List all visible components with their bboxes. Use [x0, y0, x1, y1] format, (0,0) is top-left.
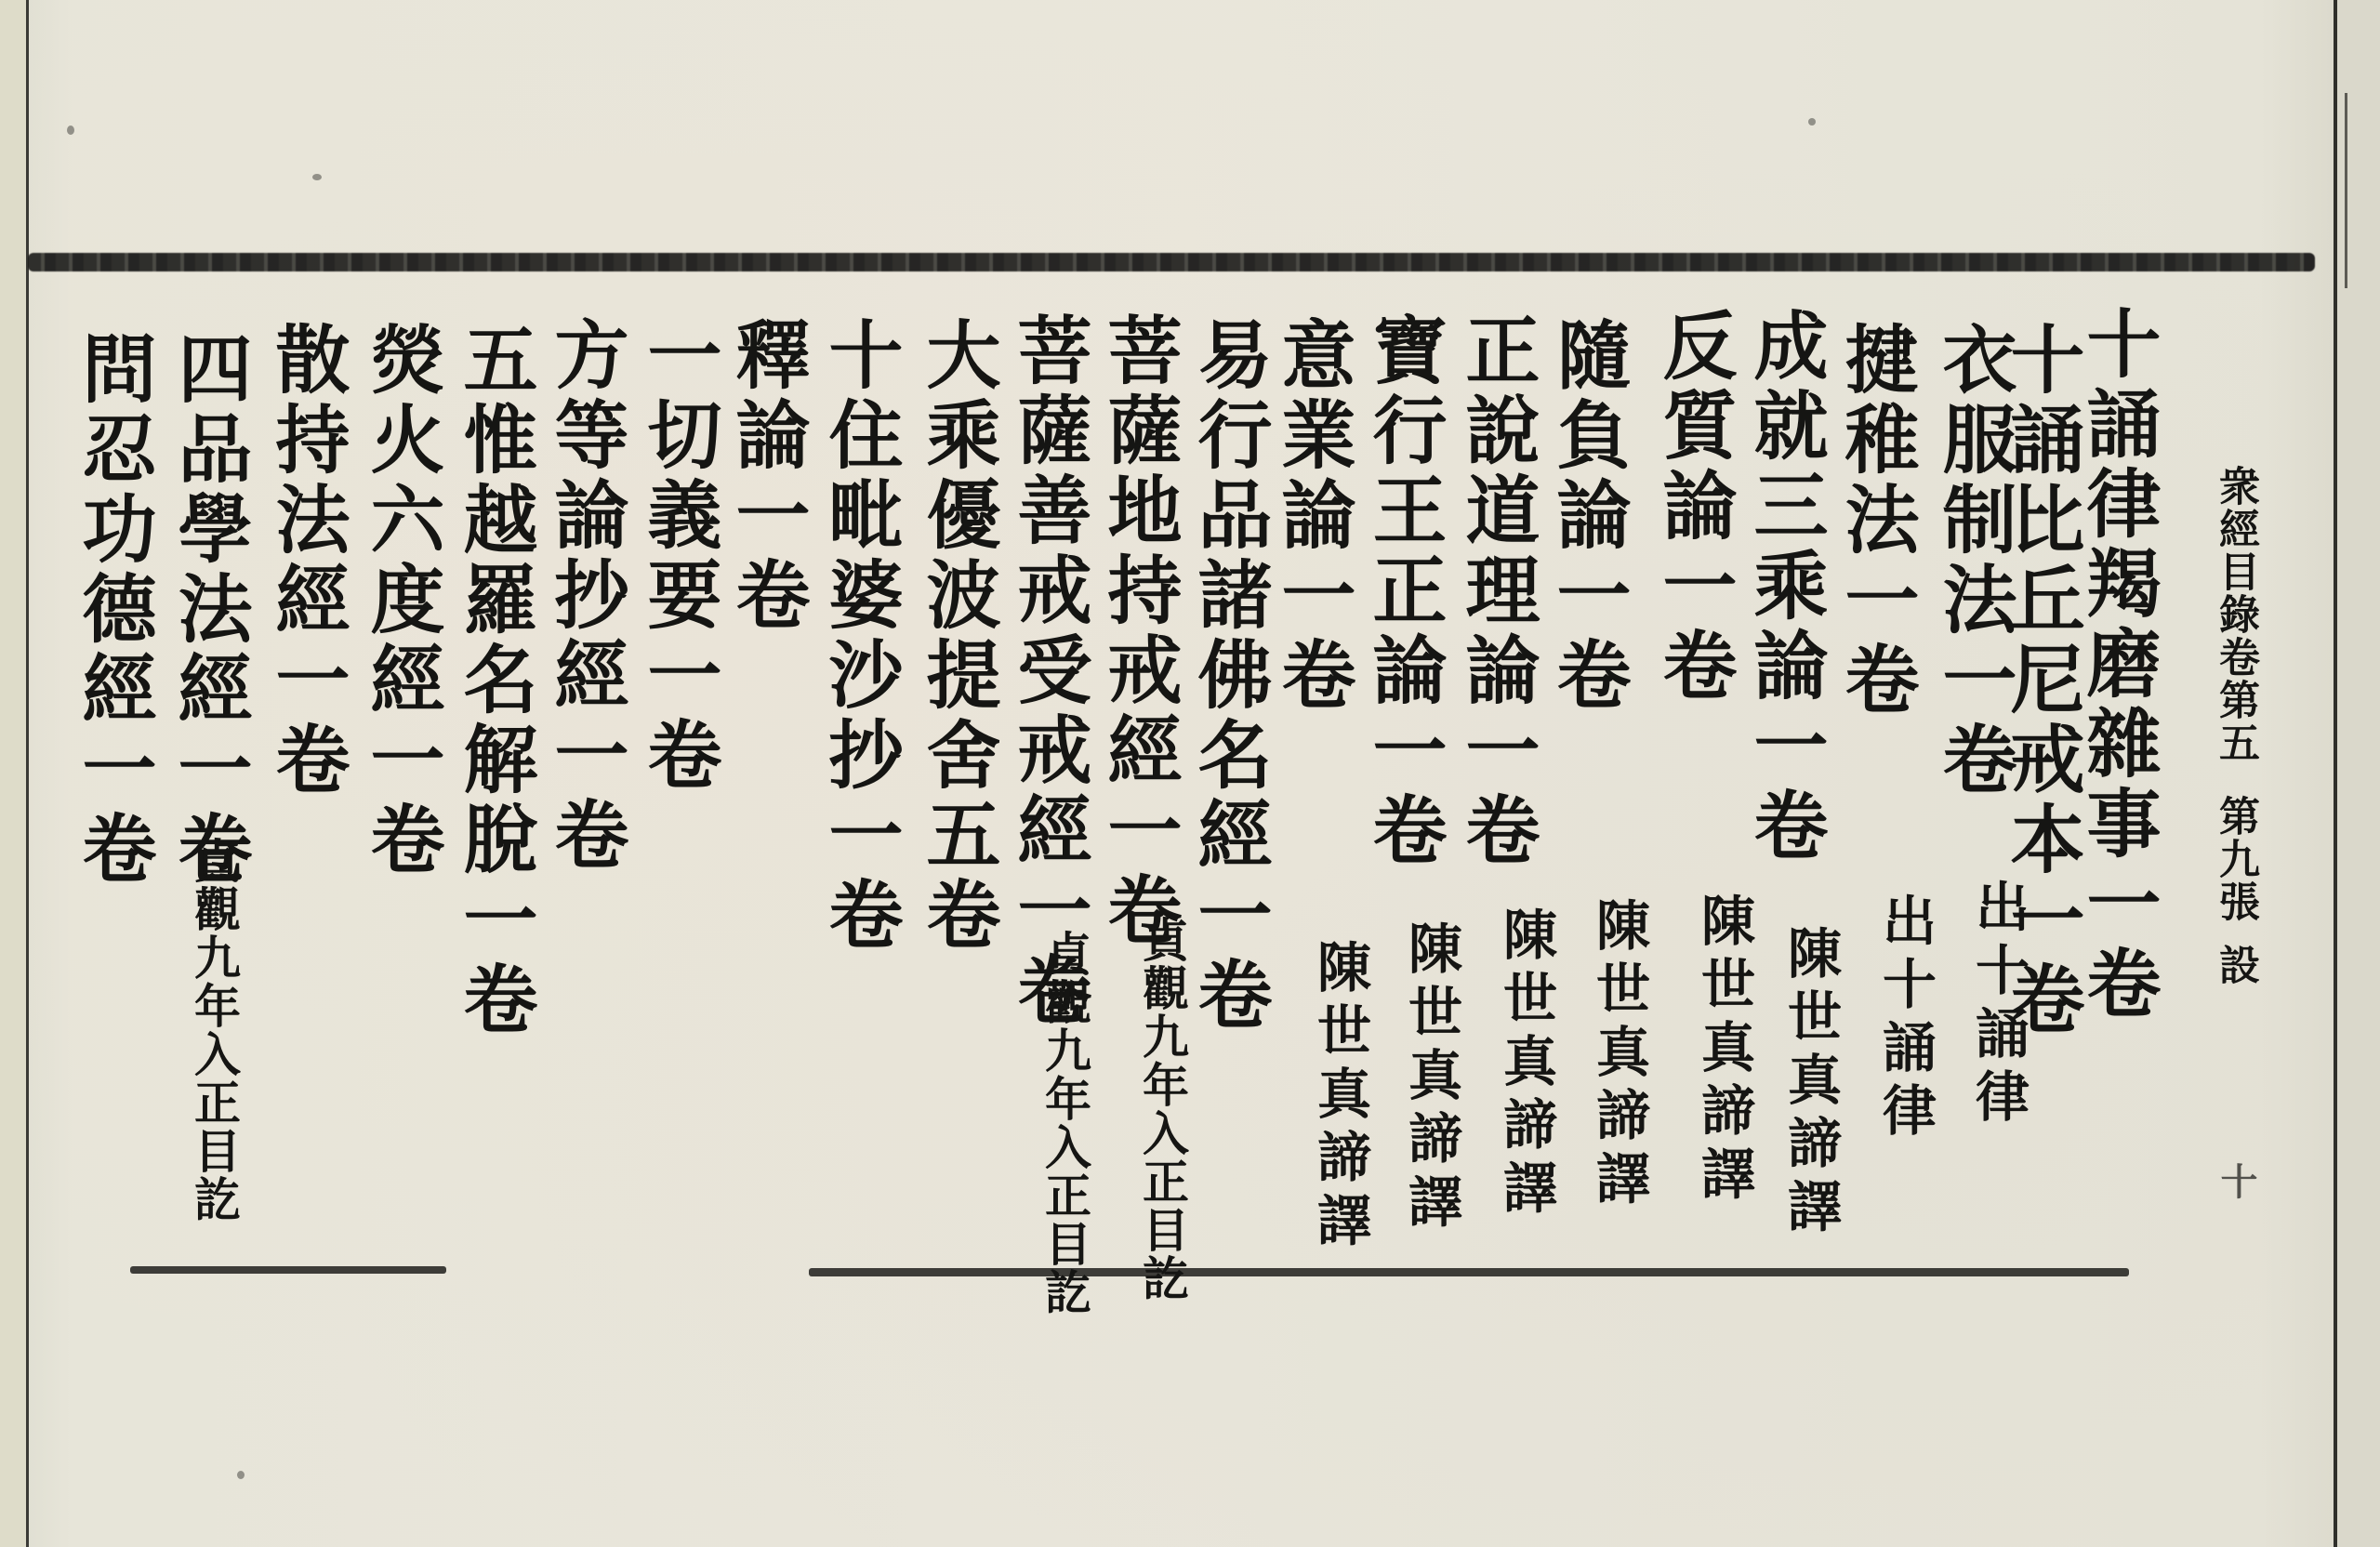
entry-note: 陳世真諦譯	[1313, 939, 1367, 1255]
entry-title: 五惟越羅名解脫一卷	[457, 321, 532, 1040]
bottom-border-rule-left	[130, 1266, 446, 1274]
entry-title: 一切義要一卷	[641, 316, 716, 796]
entry-title: 寶行王正論一卷	[1367, 311, 1441, 871]
entry-title: 問忍功德經一卷	[76, 330, 151, 890]
entry-title: 成就三乘論一卷	[1748, 307, 1822, 866]
entry-title: 四品學法經一卷	[172, 330, 246, 890]
entry-title: 大乘優波提舍五卷	[920, 316, 995, 956]
entry-title: 方等論抄經一卷	[549, 316, 623, 876]
page-mark: 十	[2217, 1162, 2254, 1205]
entry-title: 易行品諸佛名經一卷	[1192, 316, 1266, 1036]
entry-title: 菩薩地持戒經一卷	[1102, 311, 1176, 951]
book-title: 衆經目錄卷第五	[2215, 465, 2255, 764]
entry-note: 陳世真諦譯	[1592, 897, 1646, 1213]
entry-title: 釋論一卷	[730, 316, 804, 636]
right-page-edge	[2334, 0, 2380, 1547]
entry-title: 散持法經一卷	[270, 321, 344, 800]
entry-title: 衣服制法一卷	[1937, 321, 2011, 800]
entry-note: 貞觀九年入正目訖	[1139, 916, 1185, 1302]
book-page: 衆經目錄卷第五 第九張 設 十 十誦律羯磨雜事一卷 十誦比丘尼戒本一卷 衣服制法…	[0, 0, 2380, 1547]
entry-note: 陳世真諦譯	[1404, 920, 1458, 1236]
entry-note: 貞觀九年入正目訖	[191, 837, 237, 1223]
ink-speck	[312, 174, 322, 180]
entry-title: 意業論一卷	[1276, 316, 1350, 716]
entry-note: 出十誦律	[1878, 892, 1932, 1145]
entry-note: 陳世真諦譯	[1697, 892, 1751, 1209]
fold-line	[2345, 93, 2347, 288]
margin-mark: 設	[2215, 944, 2255, 986]
entry-note: 出十誦律	[1971, 879, 2025, 1131]
bottom-border-rule-right	[809, 1268, 2129, 1276]
entry-title: 十誦律羯磨雜事一卷	[2081, 305, 2155, 1025]
entry-title: 隨負論一卷	[1551, 316, 1625, 716]
entry-title: 十住毗婆沙抄一卷	[823, 316, 897, 956]
entry-title: 揵稚法一卷	[1839, 321, 1913, 721]
ink-speck	[237, 1471, 245, 1479]
ink-speck	[67, 126, 74, 135]
entry-title: 正說道理論一卷	[1460, 311, 1534, 871]
page-number: 第九張	[2215, 795, 2255, 923]
entry-note: 陳世真諦譯	[1783, 925, 1837, 1241]
entry-note: 貞觀九年入正目訖	[1041, 930, 1088, 1316]
top-border-rule	[28, 253, 2315, 271]
entry-title: 反質論一卷	[1657, 307, 1731, 707]
entry-title: 菩薩善戒受戒經一卷	[1011, 311, 1086, 1031]
entry-note: 陳世真諦譯	[1499, 906, 1553, 1223]
left-page-edge	[0, 0, 29, 1547]
ink-speck	[1808, 118, 1816, 126]
entry-title: 熒火六度經一卷	[364, 321, 439, 880]
